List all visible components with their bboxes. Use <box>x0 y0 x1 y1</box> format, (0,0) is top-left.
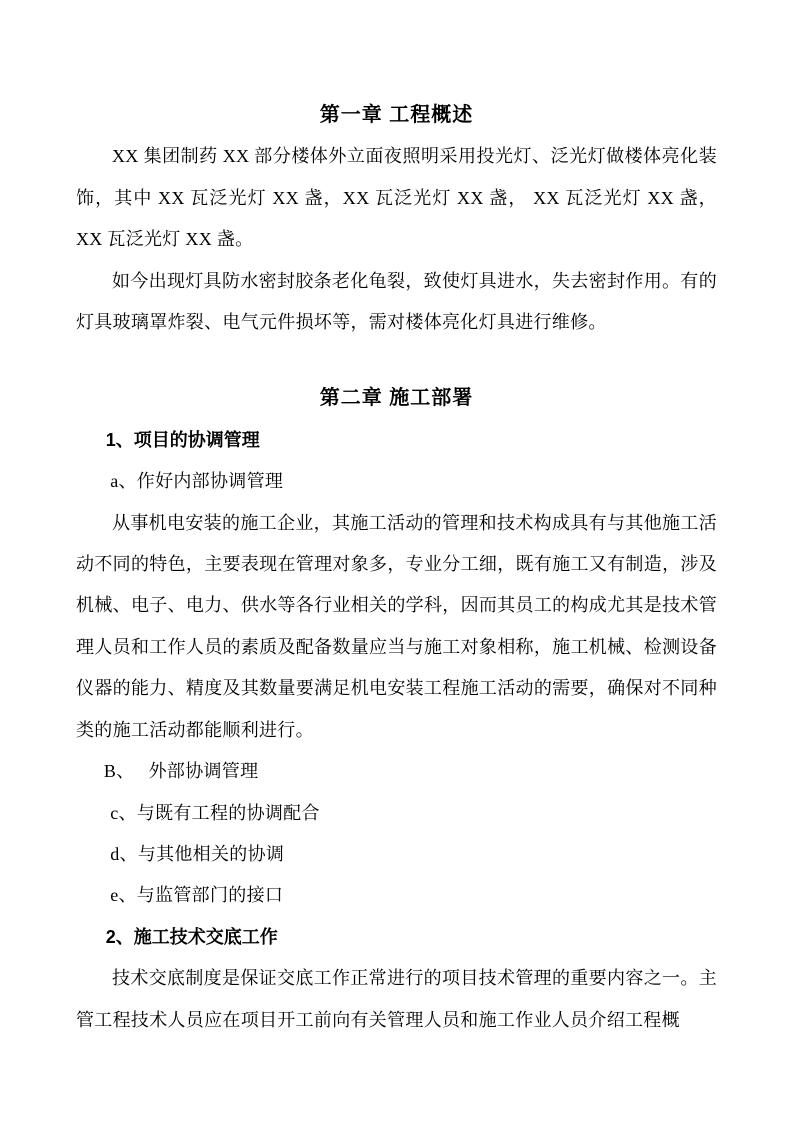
chapter1-title: 第一章 工程概述 <box>76 95 717 136</box>
chapter1-paragraph-2: 如今出现灯具防水密封胶条老化龟裂，致使灯具进水，失去密封作用。有的灯具玻璃罩炸裂… <box>76 261 717 344</box>
section1-item-d: d、与其他相关的协调 <box>76 834 717 875</box>
section2-heading: 2、施工技术交底工作 <box>76 917 717 958</box>
section2-paragraph: 技术交底制度是保证交底工作正常进行的项目技术管理的重要内容之一。主管工程技术人员… <box>76 958 717 1041</box>
chapter2-title: 第二章 施工部署 <box>76 378 717 419</box>
section1-paragraph: 从事机电安装的施工企业，其施工活动的管理和技术构成具有与其他施工活动不同的特色，… <box>76 503 717 751</box>
section1-item-c: c、与既有工程的协调配合 <box>76 793 717 834</box>
section1-item-e: e、与监管部门的接口 <box>76 875 717 916</box>
section1-item-b: B、 外部协调管理 <box>76 751 717 792</box>
section1-item-a: a、作好内部协调管理 <box>76 461 717 502</box>
document-page: 第一章 工程概述 XX 集团制药 XX 部分楼体外立面夜照明采用投光灯、泛光灯做… <box>0 0 793 1122</box>
blank-line <box>76 343 717 378</box>
chapter1-paragraph-1: XX 集团制药 XX 部分楼体外立面夜照明采用投光灯、泛光灯做楼体亮化装饰，其中… <box>76 136 717 260</box>
section1-heading: 1、项目的协调管理 <box>76 420 717 461</box>
